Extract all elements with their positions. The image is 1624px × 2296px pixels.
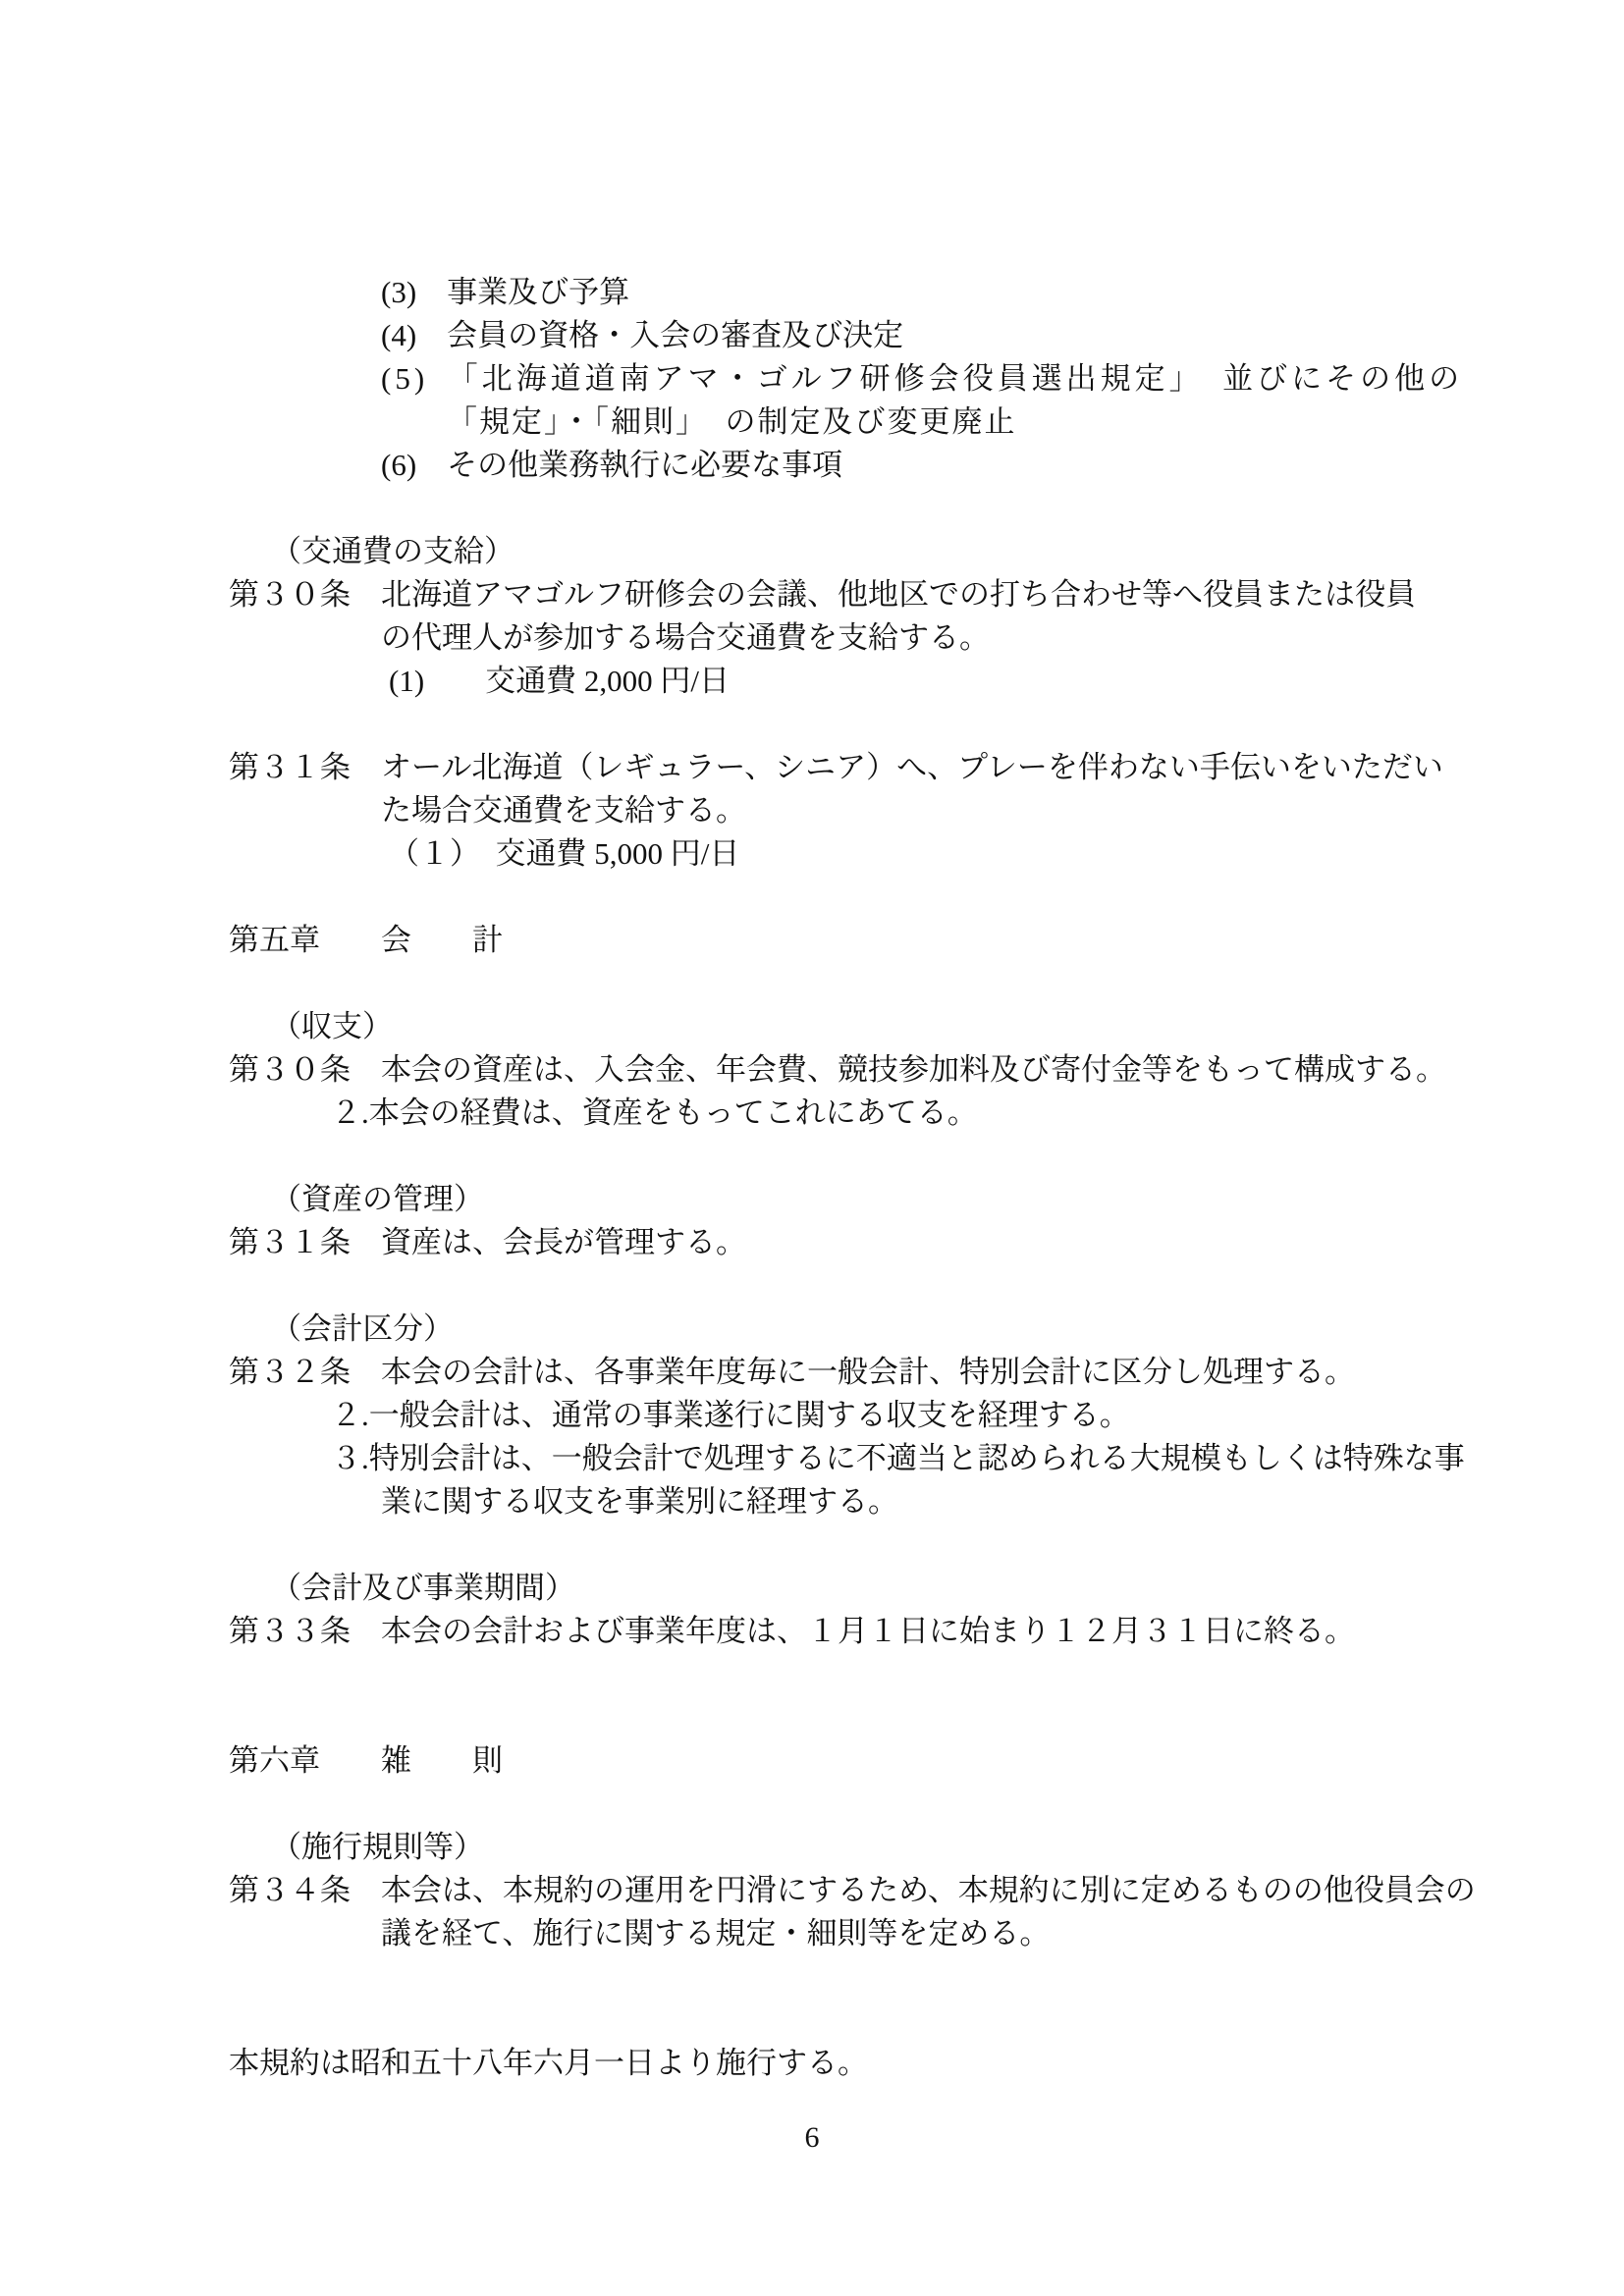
blank-line (0, 1955, 1624, 1999)
blank-line (0, 703, 1624, 746)
blank-line (0, 1696, 1624, 1739)
blank-line (0, 487, 1624, 530)
blank-line (0, 1783, 1624, 1826)
text-line: (6) その他業務執行に必要な事項 (0, 444, 1624, 487)
text-line: 第３４条 本会は、本規約の運用を円滑にするため、本規約に別に定めるものの他役員会… (0, 1869, 1624, 1912)
text-line: 第３１条 オール北海道（レギュラー、シニア）へ、プレーを伴わない手伝いをいただい (0, 746, 1624, 789)
text-line: （交通費の支給） (0, 530, 1624, 573)
text-line: (1) 交通費 2,000 円/日 (0, 660, 1624, 703)
text-line: ２.一般会計は、通常の事業遂行に関する収支を経理する。 (0, 1394, 1624, 1437)
text-line: た場合交通費を支給する。 (0, 789, 1624, 832)
text-line: （会計区分） (0, 1308, 1624, 1351)
text-line: 第３３条 本会の会計および事業年度は、１月１日に始まり１２月３１日に終る。 (0, 1610, 1624, 1653)
text-line: 第五章 会 計 (0, 919, 1624, 962)
text-line: 第３２条 本会の会計は、各事業年度毎に一般会計、特別会計に区分し処理する。 (0, 1351, 1624, 1394)
text-line: 第３０条 北海道アマゴルフ研修会の会議、他地区での打ち合わせ等へ役員または役員 (0, 573, 1624, 616)
text-line: （施行規則等） (0, 1826, 1624, 1869)
text-line: 本規約は昭和五十八年六月一日より施行する。 (0, 2042, 1624, 2085)
text-line: （１） 交通費 5,000 円/日 (0, 832, 1624, 876)
blank-line (0, 876, 1624, 919)
page-number: 6 (0, 2116, 1624, 2160)
text-line: 業に関する収支を事業別に経理する。 (0, 1480, 1624, 1523)
text-line: （収支） (0, 1005, 1624, 1048)
text-line: ２.本会の経費は、資産をもってこれにあてる。 (0, 1092, 1624, 1135)
text-line: （会計及び事業期間） (0, 1567, 1624, 1610)
text-line: 第３１条 資産は、会長が管理する。 (0, 1221, 1624, 1264)
text-line: (5) 「北海道道南アマ・ゴルフ研修会役員選出規定」 並びにその他の (0, 357, 1624, 400)
blank-line (0, 1135, 1624, 1178)
blank-line (0, 1999, 1624, 2042)
document-page: (3) 事業及び予算(4) 会員の資格・入会の審査及び決定(5) 「北海道道南ア… (0, 0, 1624, 2296)
blank-line (0, 962, 1624, 1005)
text-line: ３.特別会計は、一般会計で処理するに不適当と認められる大規模もしくは特殊な事 (0, 1437, 1624, 1480)
text-line: 第六章 雑 則 (0, 1739, 1624, 1783)
text-line: 「規定」・「細則」 の制定及び変更廃止 (0, 400, 1624, 444)
text-line: (4) 会員の資格・入会の審査及び決定 (0, 314, 1624, 357)
text-line: (3) 事業及び予算 (0, 271, 1624, 314)
text-line: 第３０条 本会の資産は、入会金、年会費、競技参加料及び寄付金等をもって構成する。 (0, 1048, 1624, 1092)
blank-line (0, 1523, 1624, 1567)
text-line: （資産の管理） (0, 1178, 1624, 1221)
text-line: 議を経て、施行に関する規定・細則等を定める。 (0, 1912, 1624, 1955)
blank-line (0, 1264, 1624, 1308)
text-line: の代理人が参加する場合交通費を支給する。 (0, 616, 1624, 660)
blank-line (0, 1653, 1624, 1696)
document-body: (3) 事業及び予算(4) 会員の資格・入会の審査及び決定(5) 「北海道道南ア… (0, 271, 1624, 2085)
